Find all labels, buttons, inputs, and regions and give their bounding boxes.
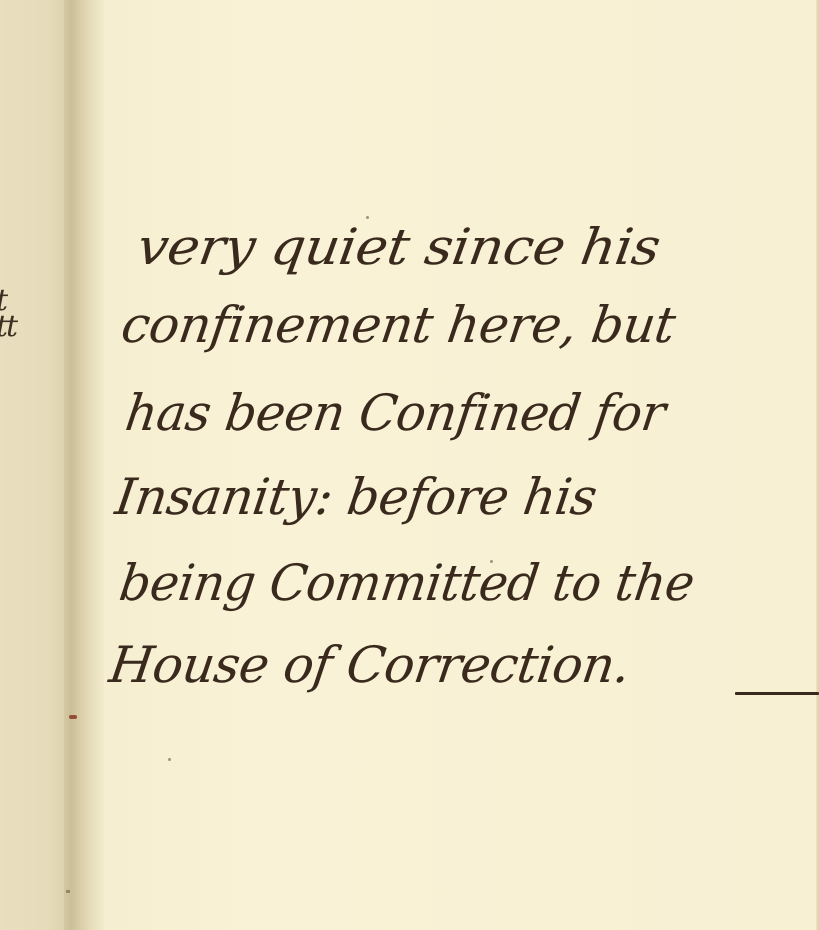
handwritten-text-block: very quiet since his confinement here, b… [0,0,819,930]
handwritten-line: House of Correction. [106,640,633,690]
paper-speck [168,758,171,761]
handwritten-line: being Committed to the [117,558,698,608]
handwritten-line: Insanity: before his [112,472,599,522]
closing-dash [735,692,819,695]
handwritten-line: confinement here, but [118,300,678,350]
paper-speck [490,560,493,563]
manuscript-spread: t tt very quiet since his confinement he… [0,0,819,930]
handwritten-line: very quiet since his [134,222,663,272]
paper-speck [366,216,369,219]
handwritten-line: has been Confined for [123,388,669,438]
